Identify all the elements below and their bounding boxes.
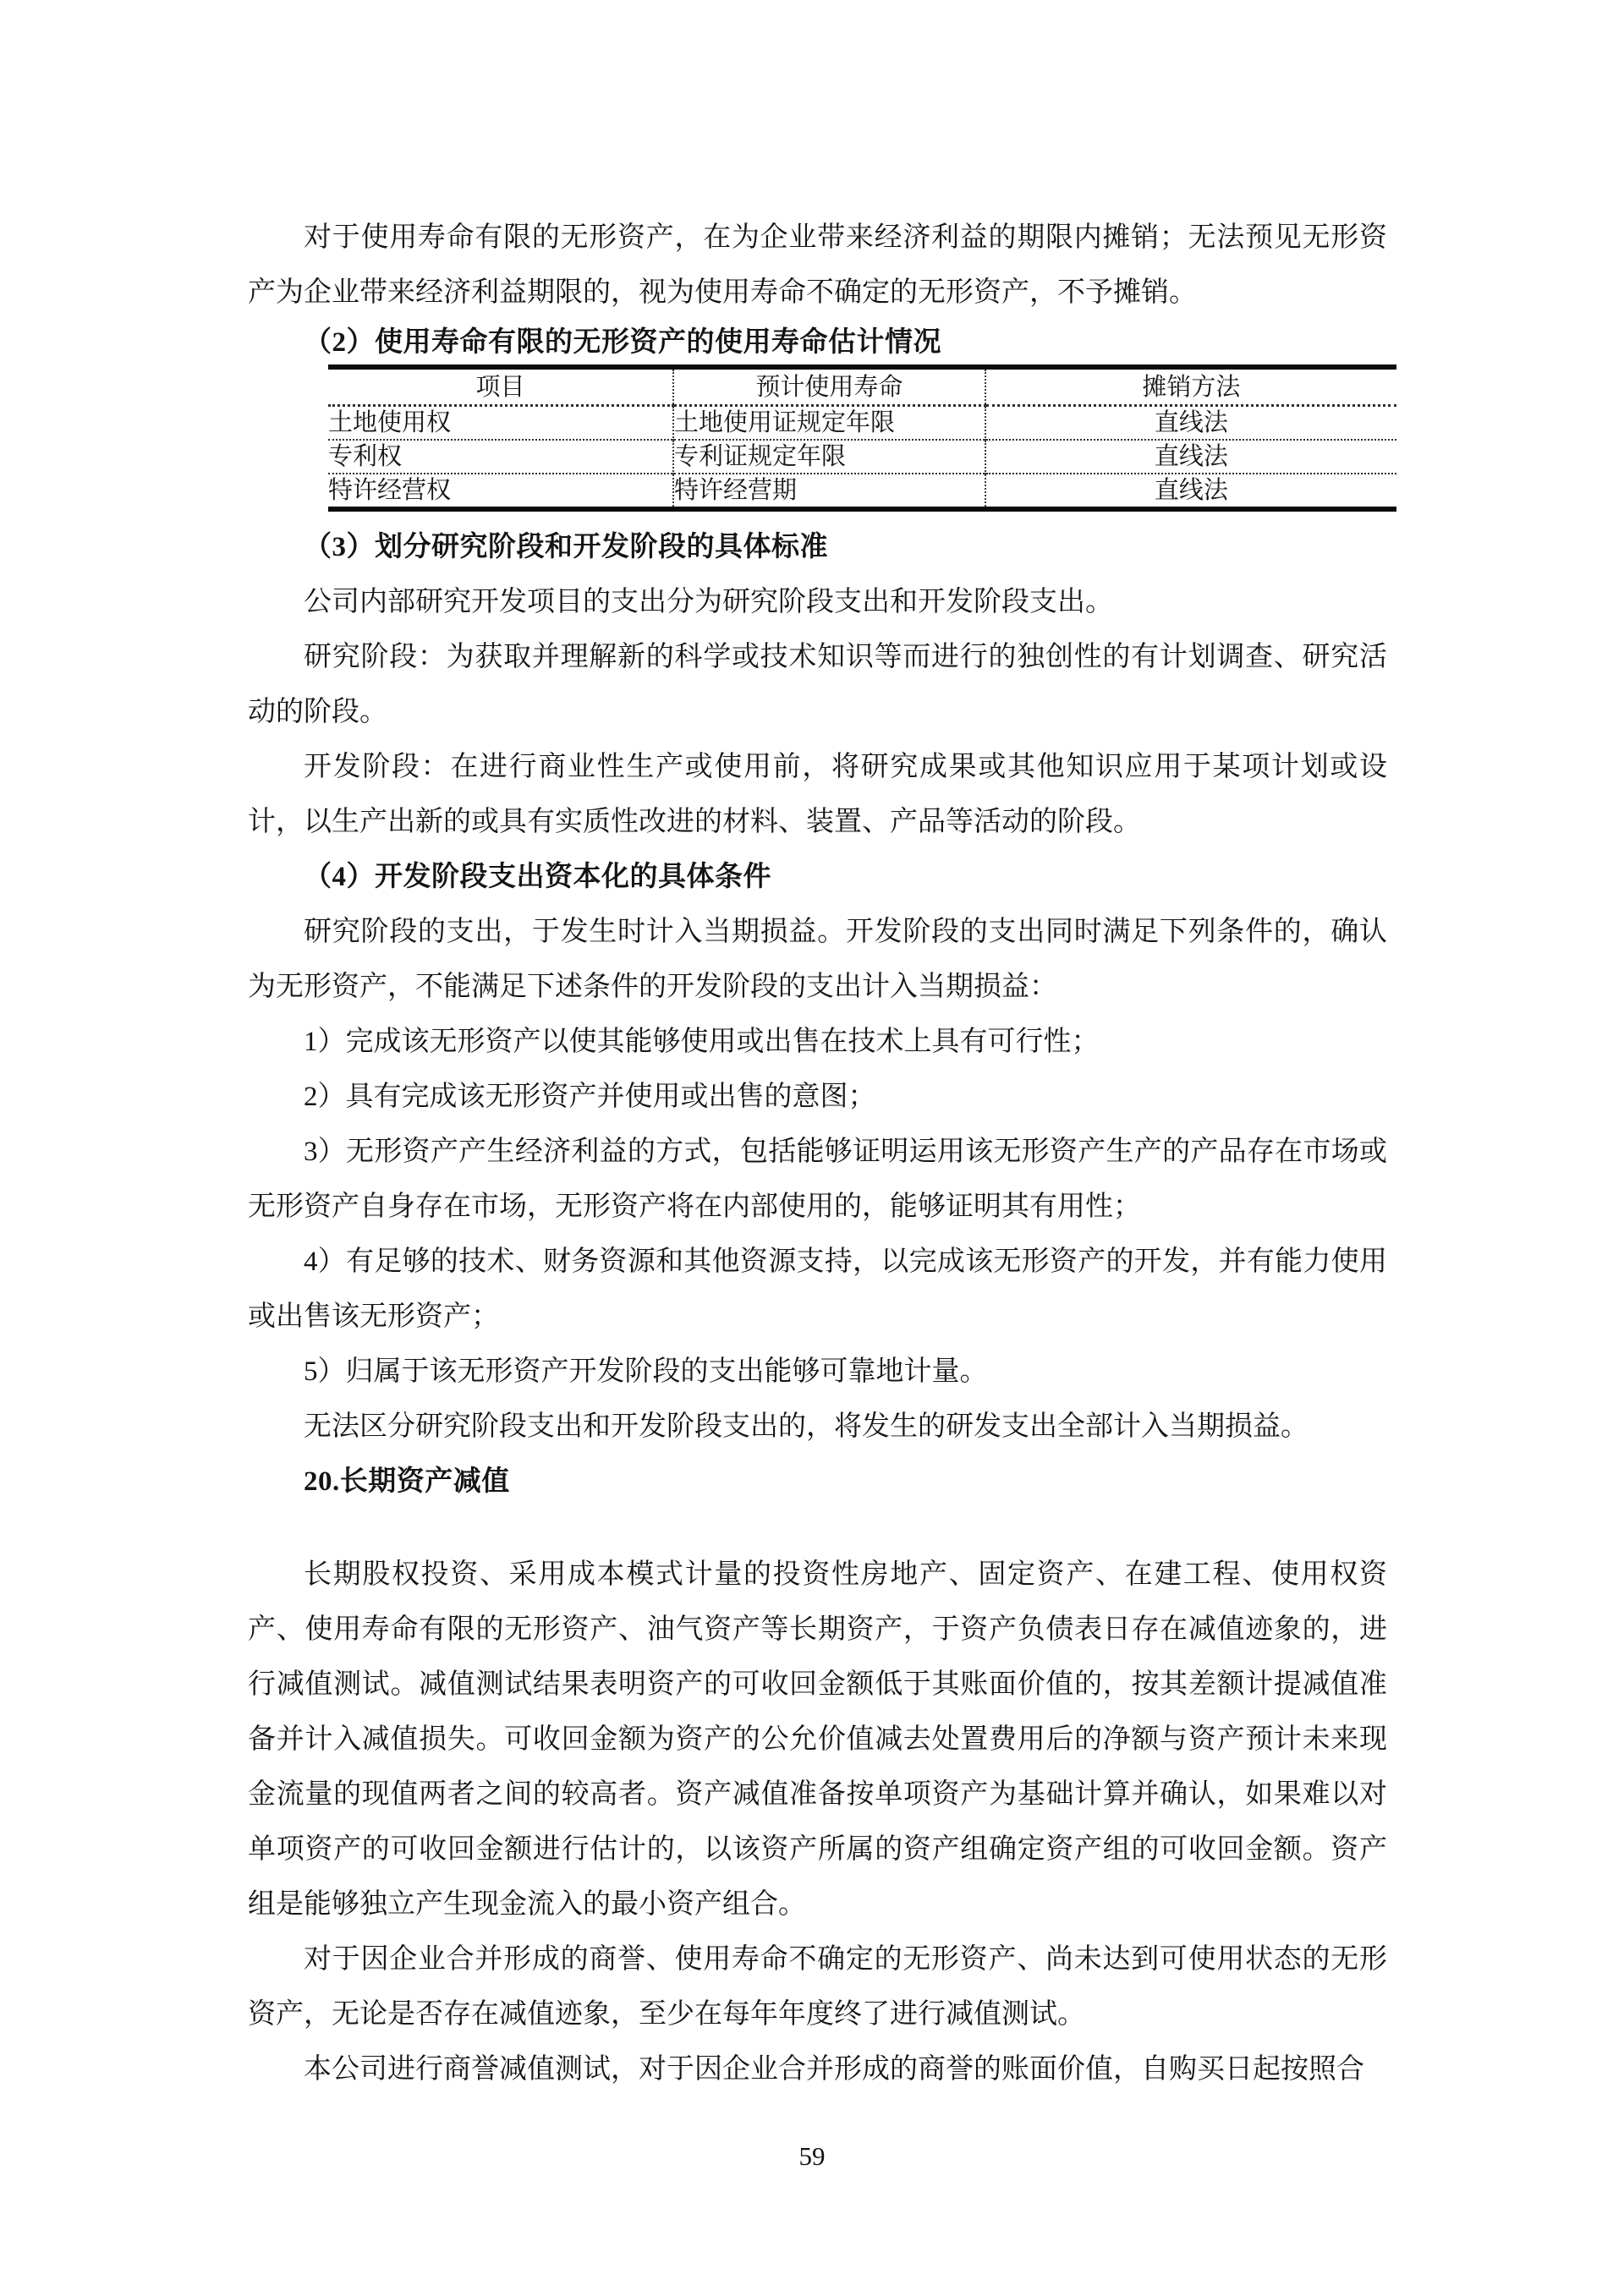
heading-20-long-term-asset-impairment: 20.长期资产减值: [248, 1455, 1387, 1510]
table-header-expected-life: 预计使用寿命: [673, 367, 985, 406]
paragraph-development-phase-definition: 开发阶段：在进行商业性生产或使用前，将研究成果或其他知识应用于某项计划或设计，以…: [248, 740, 1387, 850]
table-cell: 土地使用证规定年限: [673, 406, 985, 441]
paragraph-annual-impairment-test: 对于因企业合并形成的商誉、使用寿命不确定的无形资产、尚未达到可使用状态的无形资产…: [248, 1932, 1387, 2042]
table-header-item: 项目: [328, 367, 673, 406]
table-row: 专利权 专利证规定年限 直线法: [328, 440, 1396, 474]
list-item-condition-3: 3）无形资产产生经济利益的方式，包括能够证明运用该无形资产生产的产品存在市场或无…: [248, 1125, 1387, 1235]
useful-life-table: 项目 预计使用寿命 摊销方法 土地使用权 土地使用证规定年限 直线法 专利权 专…: [328, 364, 1396, 512]
list-item-condition-2: 2）具有完成该无形资产并使用或出售的意图；: [248, 1070, 1387, 1125]
heading-3-rd-phase-standards: （3）划分研究阶段和开发阶段的具体标准: [248, 520, 1387, 575]
table-row: 土地使用权 土地使用证规定年限 直线法: [328, 406, 1396, 441]
paragraph-research-phase-definition: 研究阶段：为获取并理解新的科学或技术知识等而进行的独创性的有计划调查、研究活动的…: [248, 630, 1387, 740]
heading-2-useful-life-estimate: （2）使用寿命有限的无形资产的使用寿命估计情况: [248, 321, 1387, 364]
table-header-row: 项目 预计使用寿命 摊销方法: [328, 367, 1396, 406]
table-cell: 特许经营期: [673, 474, 985, 509]
paragraph-no-distinction: 无法区分研究阶段支出和开发阶段支出的，将发生的研发支出全部计入当期损益。: [248, 1400, 1387, 1455]
paragraph-amortization-policy: 对于使用寿命有限的无形资产，在为企业带来经济利益的期限内摊销；无法预见无形资产为…: [248, 211, 1387, 321]
table-header-amortization-method: 摊销方法: [985, 367, 1396, 406]
table-cell: 特许经营权: [328, 474, 673, 509]
document-page: 对于使用寿命有限的无形资产，在为企业带来经济利益的期限内摊销；无法预见无形资产为…: [0, 0, 1624, 2296]
table-row: 特许经营权 特许经营期 直线法: [328, 474, 1396, 509]
table-cell: 直线法: [985, 406, 1396, 441]
heading-4-capitalization-conditions: （4）开发阶段支出资本化的具体条件: [248, 850, 1387, 905]
table-cell: 土地使用权: [328, 406, 673, 441]
paragraph-rd-expenditure-split: 公司内部研究开发项目的支出分为研究阶段支出和开发阶段支出。: [248, 575, 1387, 630]
paragraph-impairment-policy: 长期股权投资、采用成本模式计量的投资性房地产、固定资产、在建工程、使用权资产、使…: [248, 1548, 1387, 1932]
table-cell: 直线法: [985, 474, 1396, 509]
paragraph-goodwill-carrying-value: 本公司进行商誉减值测试，对于因企业合并形成的商誉的账面价值，自购买日起按照合: [248, 2042, 1387, 2097]
paragraph-capitalization-intro: 研究阶段的支出，于发生时计入当期损益。开发阶段的支出同时满足下列条件的，确认为无…: [248, 905, 1387, 1015]
list-item-condition-1: 1）完成该无形资产以使其能够使用或出售在技术上具有可行性；: [248, 1015, 1387, 1070]
list-item-condition-4: 4）有足够的技术、财务资源和其他资源支持，以完成该无形资产的开发，并有能力使用或…: [248, 1235, 1387, 1345]
table-cell: 专利权: [328, 440, 673, 474]
table-cell: 专利证规定年限: [673, 440, 985, 474]
table-cell: 直线法: [985, 440, 1396, 474]
list-item-condition-5: 5）归属于该无形资产开发阶段的支出能够可靠地计量。: [248, 1345, 1387, 1400]
page-number: 59: [0, 2142, 1624, 2171]
